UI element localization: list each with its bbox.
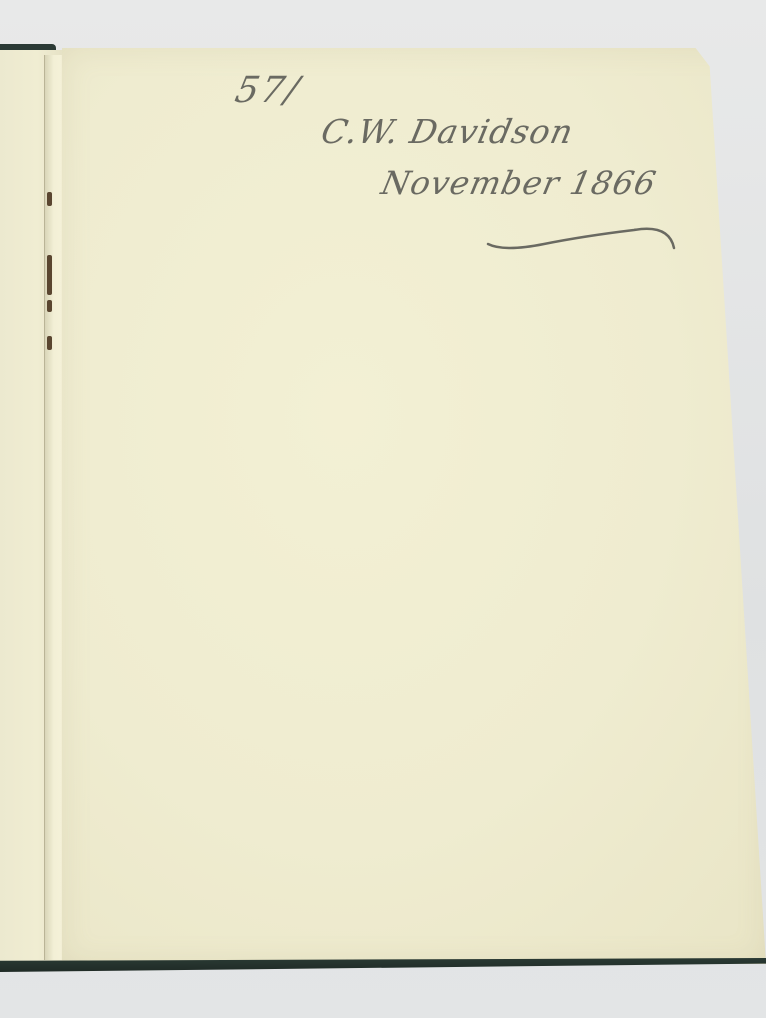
hinge-tear <box>47 336 52 350</box>
hinge-tear <box>47 255 52 295</box>
owner-signature: C.W. Davidson <box>318 112 577 151</box>
price-inscription: 57/ <box>232 70 305 111</box>
hinge-tear <box>47 300 52 312</box>
signature-flourish <box>484 218 684 258</box>
book-photo: 57/ C.W. Davidson November 1866 <box>0 0 766 1018</box>
hinge-tear <box>47 192 52 206</box>
inscription-date: November 1866 <box>378 164 660 202</box>
